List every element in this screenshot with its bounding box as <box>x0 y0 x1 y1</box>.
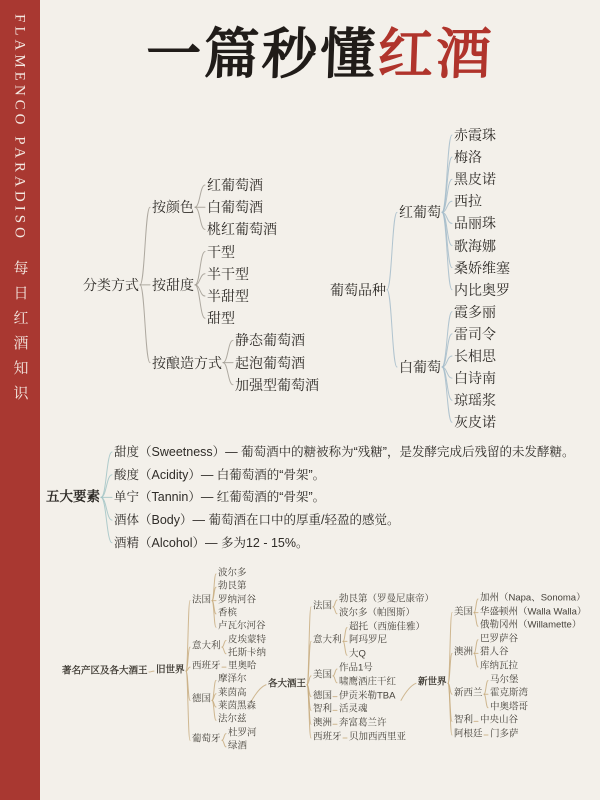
new-world-node: 华盛顿州（Walla Walla） <box>480 607 586 618</box>
old-world-node: 摩泽尔 <box>218 675 247 686</box>
wine-kings-node: 奔富葛兰许 <box>339 719 387 730</box>
classification-node: 按甜度 <box>152 277 194 293</box>
grapes-node: 歌海娜 <box>454 237 496 253</box>
grapes-node: 灰皮诺 <box>454 414 496 430</box>
classification-node: 按酿造方式 <box>152 355 222 371</box>
wine-kings-node: 法国 <box>313 601 332 612</box>
title-highlight: 红酒 <box>377 23 495 85</box>
wine-kings-node: 作品1号 <box>339 664 373 675</box>
new-world-node: 马尔堡 <box>490 675 519 686</box>
grapes-node: 雷司令 <box>454 326 496 342</box>
brand-text: FLAMENCO PARADISO <box>12 14 28 242</box>
new-world-node: 门多萨 <box>490 730 519 741</box>
new-world-node: 巴罗萨谷 <box>480 634 518 645</box>
grapes-node: 红葡萄 <box>399 204 441 220</box>
grapes-node: 赤霞珠 <box>454 127 496 143</box>
new-world-node: 中央山谷 <box>480 716 518 727</box>
old-world-node: 里奥哈 <box>228 662 257 673</box>
classification-node: 半甜型 <box>207 288 249 304</box>
elements-node: 酒体（Body）— 葡萄酒在口中的厚重/轻盈的感觉。 <box>114 513 399 527</box>
old-world-node: 勃艮第 <box>218 582 247 593</box>
new-world-node: 阿根廷 <box>454 730 483 741</box>
old-world-node: 西班牙 <box>192 662 221 673</box>
old-world-node: 香槟 <box>218 608 237 619</box>
new-world-node: 新西兰 <box>454 689 483 700</box>
classification-node: 白葡萄酒 <box>207 199 263 215</box>
grapes-node: 品丽珠 <box>454 215 496 231</box>
wine-kings-node: 大Q <box>349 650 366 661</box>
wine-kings-node: 波尔多（帕图斯） <box>339 608 415 619</box>
classification-node: 静态葡萄酒 <box>235 332 305 348</box>
classification-node: 半干型 <box>207 266 249 282</box>
classification-node: 起泡葡萄酒 <box>235 355 305 371</box>
old-world-node: 法国 <box>192 595 211 606</box>
new-world-node: 加州（Napa、Sonoma） <box>480 594 586 605</box>
new-world-node: 霍克斯湾 <box>490 689 528 700</box>
title-prefix: 一篇秒懂 <box>145 23 379 85</box>
wine-kings-node: 智利 <box>313 705 332 716</box>
sidebar-vertical-text: FLAMENCO PARADISO每日红酒知识 <box>10 14 31 794</box>
new-world-root: 新世界 <box>418 678 447 689</box>
old-world-node: 杜罗河 <box>228 728 257 739</box>
grapes-node: 黑皮诺 <box>454 171 496 187</box>
new-world-node: 美国 <box>454 607 473 618</box>
grapes-root: 葡萄品种 <box>330 282 386 298</box>
regions-root: 著名产区及各大酒王 <box>62 667 148 678</box>
grapes-node: 长相思 <box>454 348 496 364</box>
wine-kings-node: 伊贡米勒TBA <box>339 691 395 702</box>
old-world-node: 莱茵高 <box>218 688 247 699</box>
wine-kings-node: 贝加西西里亚 <box>349 733 406 744</box>
old-world-root: 旧世界 <box>156 666 185 677</box>
grapes-node: 琼瑶浆 <box>454 392 496 408</box>
wine-kings-node: 西班牙 <box>313 733 342 744</box>
new-world-node: 智利 <box>454 716 473 727</box>
grapes-node: 霞多丽 <box>454 304 496 320</box>
classification-root: 分类方式 <box>83 277 139 293</box>
grapes-node: 白葡萄 <box>399 359 441 375</box>
poster-canvas: FLAMENCO PARADISO每日红酒知识 一篇秒懂红酒 著名产区及各大酒王… <box>0 0 600 800</box>
old-world-node: 莱茵黑森 <box>218 702 256 713</box>
old-world-node: 绿酒 <box>228 741 247 752</box>
wine-kings-node: 澳洲 <box>313 719 332 730</box>
classification-node: 桃红葡萄酒 <box>207 221 277 237</box>
wine-kings-node: 德国 <box>313 691 332 702</box>
classification-node: 按颜色 <box>152 199 194 215</box>
old-world-node: 波尔多 <box>218 569 247 580</box>
wine-kings-node: 超托（西施佳雅） <box>349 622 425 633</box>
sidebar-band: FLAMENCO PARADISO每日红酒知识 <box>0 0 40 800</box>
elements-node: 单宁（Tannin）— 红葡萄酒的“骨架”。 <box>114 490 325 504</box>
elements-root: 五大要素 <box>46 490 100 506</box>
old-world-node: 皮埃蒙特 <box>228 635 266 646</box>
sidebar-tagline: 每日红酒知识 <box>12 260 28 410</box>
old-world-node: 罗纳河谷 <box>218 595 256 606</box>
grapes-node: 梅洛 <box>454 149 482 165</box>
grapes-node: 内比奥罗 <box>454 282 510 298</box>
wine-kings-node: 美国 <box>313 670 332 681</box>
old-world-node: 意大利 <box>192 642 221 653</box>
new-world-node: 俄勒冈州（Willamette） <box>480 621 581 632</box>
new-world-node: 库纳瓦拉 <box>480 662 518 673</box>
old-world-node: 卢瓦尔河谷 <box>218 622 266 633</box>
wine-kings-root: 各大酒王 <box>268 679 306 690</box>
new-world-node: 猎人谷 <box>480 648 509 659</box>
old-world-node: 法尔兹 <box>218 715 247 726</box>
page-title: 一篇秒懂红酒 <box>39 24 600 85</box>
elements-node: 酸度（Acidity）— 白葡萄酒的“骨架”。 <box>114 468 325 482</box>
elements-node: 酒精（Alcohol）— 多为12 - 15%。 <box>114 536 309 550</box>
elements-node: 甜度（Sweetness）— 葡萄酒中的糖被称为“残糖”，是发酵完成后残留的未发… <box>114 445 574 459</box>
wine-kings-node: 阿玛罗尼 <box>349 636 387 647</box>
wine-kings-node: 意大利 <box>313 636 342 647</box>
classification-node: 干型 <box>207 244 235 260</box>
old-world-node: 德国 <box>192 695 211 706</box>
old-world-node: 葡萄牙 <box>192 735 221 746</box>
grapes-node: 白诗南 <box>454 370 496 386</box>
grapes-node: 西拉 <box>454 193 482 209</box>
new-world-node: 中奥塔哥 <box>490 702 528 713</box>
grapes-node: 桑娇维塞 <box>454 260 510 276</box>
new-world-node: 澳洲 <box>454 648 473 659</box>
old-world-node: 托斯卡纳 <box>228 648 266 659</box>
wine-kings-node: 啸鹰酒庄干红 <box>339 677 396 688</box>
wine-kings-node: 活灵魂 <box>339 705 368 716</box>
classification-node: 甜型 <box>207 310 235 326</box>
classification-node: 红葡萄酒 <box>207 177 263 193</box>
classification-node: 加强型葡萄酒 <box>235 377 319 393</box>
wine-kings-node: 勃艮第（罗曼尼康帝） <box>339 595 434 606</box>
